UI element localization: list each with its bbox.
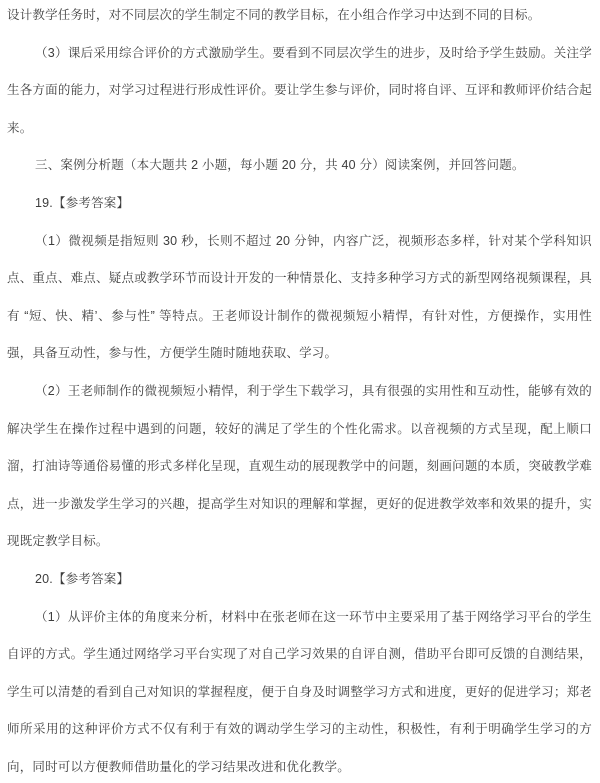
- para-continuation-teaching-goals: 设计教学任务时，对不同层次的学生制定不同的教学目标，在小组合作学习中达到不同的目…: [7, 0, 592, 35]
- para-item-3-post-class-evaluation: （3）课后采用综合评价的方式激励学生。要看到不同层次学生的进步，及时给予学生鼓励…: [7, 35, 592, 148]
- heading-answer-19: 19.【参考答案】: [7, 185, 592, 223]
- section-heading-case-analysis: 三、案例分析题（本大题共 2 小题，每小题 20 分，共 40 分）阅读案例，并…: [7, 147, 592, 185]
- para-answer-19-part-2: （2）王老师制作的微视频短小精悍，利于学生下载学习，具有很强的实用性和互动性，能…: [7, 373, 592, 561]
- document-page: 设计教学任务时，对不同层次的学生制定不同的教学目标，在小组合作学习中达到不同的目…: [0, 0, 600, 783]
- para-answer-19-part-1: （1）微视频是指短则 30 秒，长则不超过 20 分钟，内容广泛，视频形态多样，…: [7, 223, 592, 373]
- heading-answer-20: 20.【参考答案】: [7, 561, 592, 599]
- para-answer-20-part-1: （1）从评价主体的角度来分析，材料中在张老师在这一环节中主要采用了基于网络学习平…: [7, 599, 592, 783]
